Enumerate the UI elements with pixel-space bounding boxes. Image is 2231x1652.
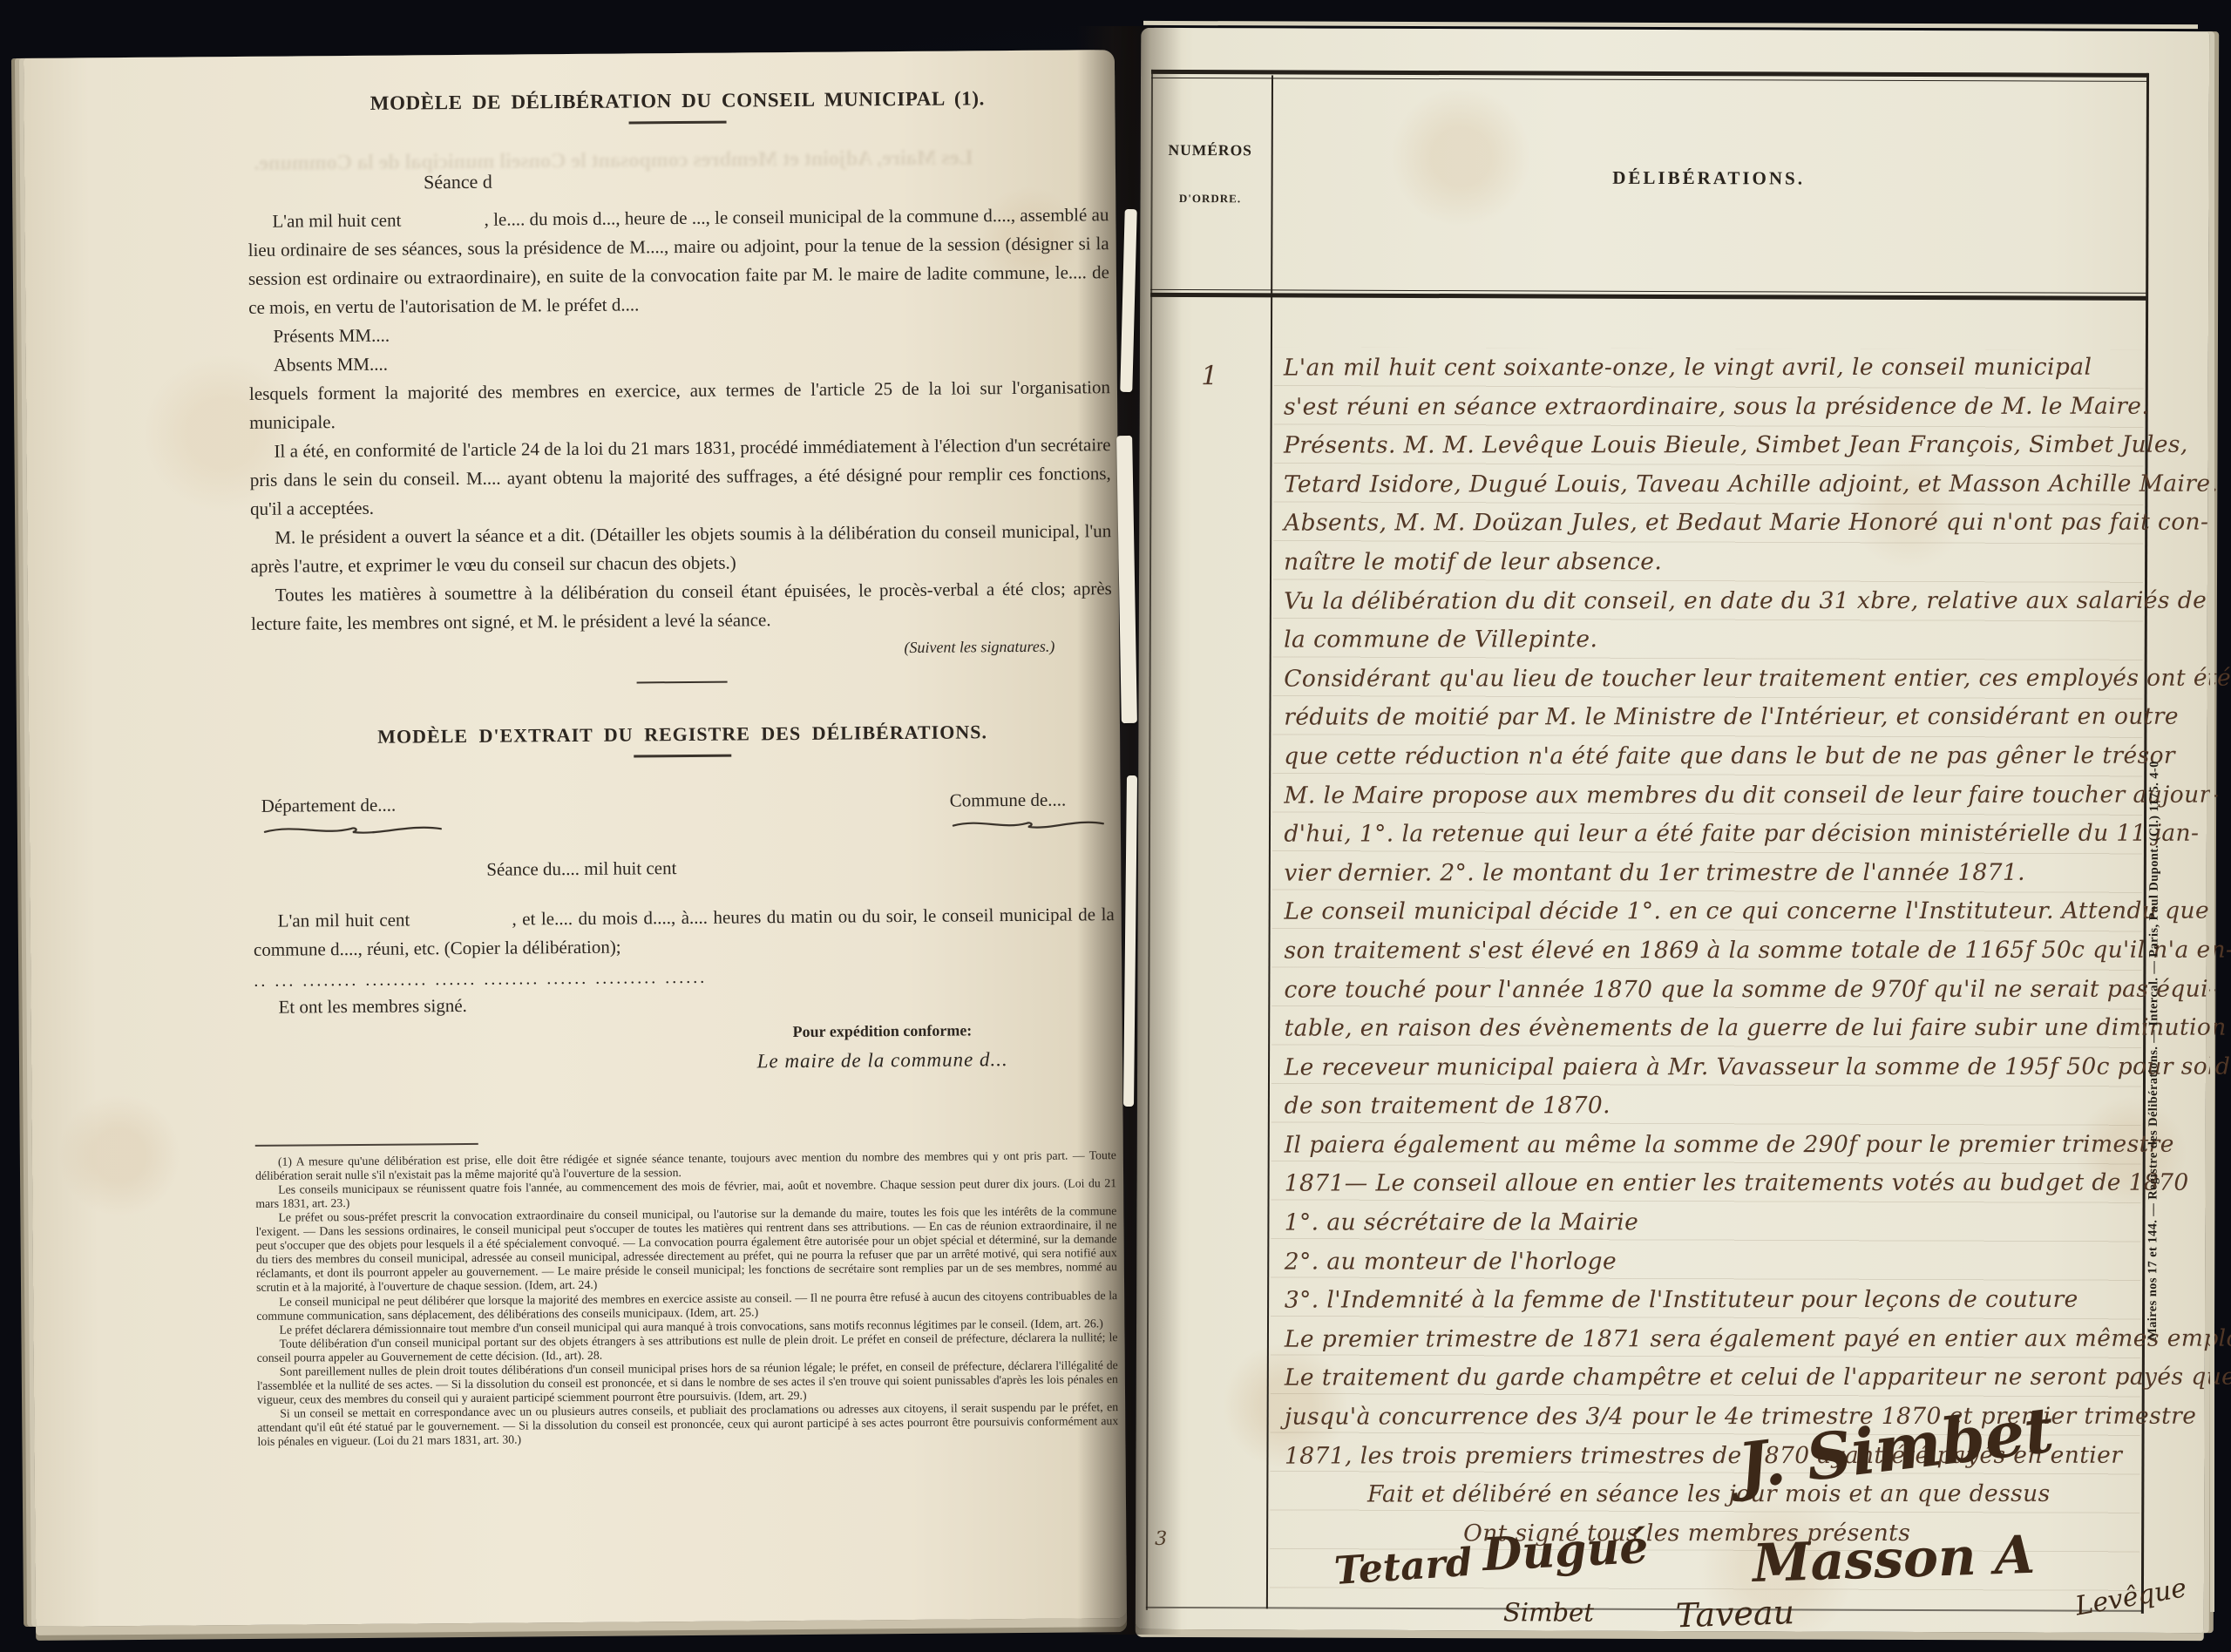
departement-label: Département de.... [261,795,397,816]
footnote-paragraph: Si un conseil se mettait en correspondan… [257,1400,1118,1449]
torn-page-edge [1123,775,1137,1107]
model-extrait-title: MODÈLE D'EXTRAIT DU REGISTRE DES DÉLIBÉR… [252,720,1113,749]
manuscript-line: la commune de Villepinte. [1284,626,2138,665]
page-number: 3 [1155,1528,1167,1550]
manuscript-line: Tetard Isidore, Dugué Louis, Taveau Achi… [1284,471,2138,510]
section-divider-rule [637,681,728,684]
member-signature: Tetard [1333,1540,1475,1594]
footnote-divider-rule [255,1143,478,1147]
manuscript-line: 3°. l'Indemnité à la femme de l'Institut… [1285,1286,2139,1325]
manuscript-line: réduits de moitié par M. le Ministre de … [1284,703,2138,742]
departement-commune-row: Département de.... Commune de.... [261,789,1107,838]
manuscript-line: d'hui, 1°. la retenue qui leur a été fai… [1284,820,2138,859]
manuscript-line: Le receveur municipal paiera à Mr. Vavas… [1285,1053,2139,1092]
manuscript-line: s'est réuni en séance extraordinaire, so… [1284,392,2138,431]
manuscript-line: 1°. au sécrétaire de la Mairie [1285,1209,2139,1248]
title-divider-rule [629,121,727,125]
commune-label: Commune de.... [950,789,1067,811]
manuscript-line: que cette réduction n'a été faite que da… [1284,742,2138,782]
manuscript-line: Absents, M. M. Doüzan Jules, et Bedaut M… [1284,509,2138,548]
register-header-bottom-rule [1150,289,2147,301]
flourish-ornament [950,816,1107,832]
certification-line: Pour expédition conforme: [728,1021,1037,1042]
footnote-block: (1) A mesure qu'une délibération est pri… [255,1148,1119,1450]
departement-blank: Département de.... [261,794,444,838]
mayor-signature-line: Le maire de la commune d... [728,1048,1037,1073]
manuscript-line: naître le motif de leur absence. [1284,548,2138,587]
flourish-ornament [261,821,444,838]
manuscript-deliberation-text: L'an mil huit cent soixante-onze, le vin… [1284,354,2139,1559]
model-paragraph: lesquels forment la majorité des membres… [249,373,1110,437]
member-signature: Taveau [1675,1593,1794,1635]
model-paragraph: Toutes les matières à soumettre à la dél… [251,574,1112,639]
deliberations-column-header: DÉLIBÉRATIONS. [1271,166,2146,191]
manuscript-line: Le premier trimestre de 1871 sera égalem… [1285,1325,2139,1364]
numeros-column-header: NUMÉROS [1149,141,1271,159]
signatures-block: J. SimbetTetardDuguéMasson ASimbetTaveau… [1266,1412,2191,1631]
footnote-paragraph: Sont pareillement nulles de plein droit … [257,1358,1118,1407]
manuscript-line: Il paiera également au même la somme de … [1285,1131,2139,1170]
register-frame-top-rule [1151,70,2148,82]
entry-order-number: 1 [1175,361,1244,391]
manuscript-line: Considérant qu'au lieu de toucher leur t… [1284,664,2138,703]
manuscript-line: 1871— Le conseil alloue en entier les tr… [1285,1169,2139,1209]
model-paragraph: L'an mil huit cent , le.... du mois d...… [248,200,1109,322]
left-page: Les Maire, Adjoint et Membres composant … [24,50,1127,1627]
model-deliberation-title: MODÈLE DE DÉLIBÉRATION DU CONSEIL MUNICI… [247,86,1108,116]
certification-block: Pour expédition conforme: Le maire de la… [728,1021,1037,1073]
right-page: NUMÉROS D'ORDRE. DÉLIBÉRATIONS. 1 L'an m… [1136,28,2209,1633]
manuscript-line: core touché pour l'année 1870 que la som… [1285,975,2139,1014]
manuscript-line: Vu la délibération du dit conseil, en da… [1284,586,2138,626]
seance-heading: Séance d [424,166,1109,193]
dordre-column-header: D'ORDRE. [1149,192,1271,206]
numeros-column-divider [1266,75,1273,1608]
member-signature: Simbet [1503,1597,1594,1627]
members-signed-line: Et ont les membres signé. [278,990,1115,1019]
manuscript-line: L'an mil huit cent soixante-onze, le vin… [1284,354,2138,393]
seance-du-heading: Séance du.... mil huit cent [486,854,1114,881]
footnote-paragraph: Le préfet ou sous-préfet prescrit la con… [255,1204,1117,1295]
model-paragraph: M. le président a ouvert la séance et a … [250,517,1111,581]
manuscript-line: Le conseil municipal décide 1°. en ce qu… [1284,897,2138,937]
title-divider-rule [634,755,731,758]
signatures-note: (Suivent les signatures.) [251,638,1054,662]
manuscript-line: vier dernier. 2°. le montant du 1er trim… [1284,858,2138,897]
manuscript-line: M. le Maire propose aux membres du dit c… [1284,781,2138,820]
left-page-content: Les Maire, Adjoint et Membres composant … [247,86,1118,1449]
manuscript-line: 2°. au monteur de l'horloge [1285,1247,2139,1286]
scanned-register-book: Les Maire, Adjoint et Membres composant … [0,0,2231,1652]
member-signature: Dugué [1482,1520,1650,1581]
printer-margin-imprint: Maires nos 17 et 144. — Registre des Dél… [2145,484,2172,1617]
model-paragraph: Il a été, en conformité de l'article 24 … [249,430,1111,524]
manuscript-line: Présents. M. M. Levêque Louis Bieule, Si… [1284,431,2138,471]
member-signature: Masson A [1752,1525,2036,1594]
torn-page-edge [1116,436,1137,723]
manuscript-line: son traitement s'est élevé en 1869 à la … [1284,937,2138,976]
commune-blank: Commune de.... [950,789,1107,832]
page-block-right-edge [2210,35,2214,1612]
member-signature: Levêque [2073,1573,2189,1622]
manuscript-line: de son traitement de 1870. [1285,1092,2139,1131]
dotted-fill-line: .. ... ........ ......... ...... .......… [254,965,1115,992]
extrait-body: L'an mil huit cent , et le.... du mois d… [254,900,1115,965]
register-frame-left-rule [1146,70,1153,1610]
torn-page-edge [1120,209,1136,392]
manuscript-line: table, en raison des évènements de la gu… [1285,1014,2139,1053]
